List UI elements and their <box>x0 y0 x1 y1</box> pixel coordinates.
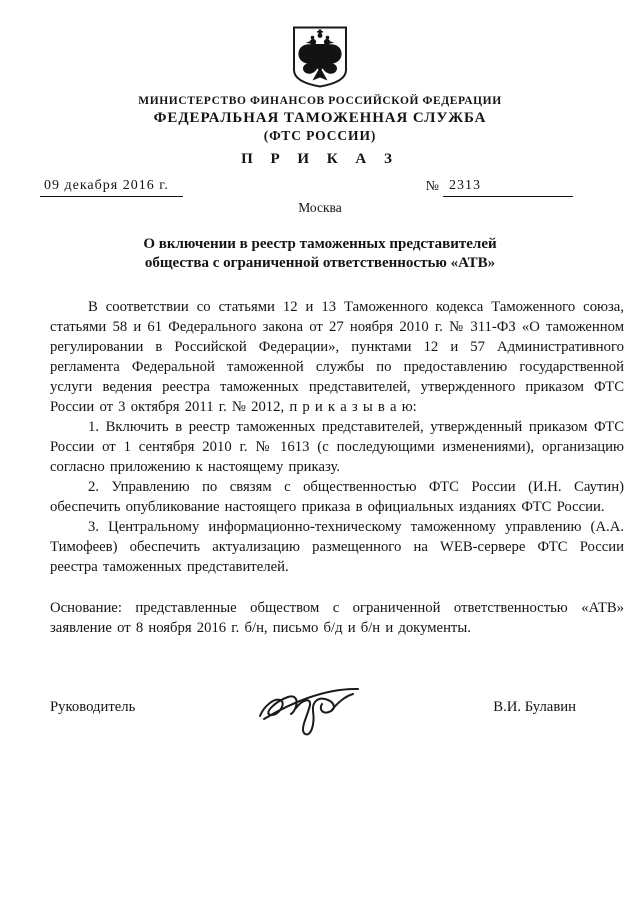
document-date: 09 декабря 2016 г. <box>40 178 183 197</box>
handwritten-signature-mark <box>254 676 374 738</box>
signer-position: Руководитель <box>50 699 135 716</box>
coat-of-arms-icon <box>291 25 349 89</box>
order-item-1: 1. Включить в реестр таможенных представ… <box>50 417 624 477</box>
document-number-block: № 2313 <box>426 178 573 197</box>
preamble-paragraph: В соответствии со статьями 12 и 13 Тамож… <box>50 297 624 417</box>
agency-short-name: (ФТС РОССИИ) <box>0 128 640 144</box>
order-title: О включении в реестр таможенных представ… <box>0 235 640 272</box>
document-header: МИНИСТЕРСТВО ФИНАНСОВ РОССИЙСКОЙ ФЕДЕРАЦ… <box>0 0 640 168</box>
order-title-line1: О включении в реестр таможенных представ… <box>0 235 640 254</box>
issuing-city: Москва <box>0 200 640 216</box>
document-page: МИНИСТЕРСТВО ФИНАНСОВ РОССИЙСКОЙ ФЕДЕРАЦ… <box>0 0 640 905</box>
signature-row: Руководитель В.И. Булавин <box>50 676 576 738</box>
signer-name: В.И. Булавин <box>493 699 576 716</box>
ministry-name: МИНИСТЕРСТВО ФИНАНСОВ РОССИЙСКОЙ ФЕДЕРАЦ… <box>0 95 640 107</box>
basis-paragraph: Основание: представленные обществом с ог… <box>50 598 624 638</box>
order-title-line2: общества с ограниченной ответственностью… <box>0 254 640 273</box>
number-sign: № <box>426 179 443 197</box>
date-number-row: 09 декабря 2016 г. № 2313 <box>40 178 573 197</box>
order-body: В соответствии со статьями 12 и 13 Тамож… <box>50 297 624 638</box>
agency-name: ФЕДЕРАЛЬНАЯ ТАМОЖЕННАЯ СЛУЖБА <box>0 110 640 127</box>
order-item-2: 2. Управлению по связям с общественность… <box>50 477 624 517</box>
order-item-3: 3. Центральному информационно-техническо… <box>50 517 624 577</box>
document-type-heading: П Р И К А З <box>0 151 640 168</box>
signature-area <box>135 676 493 738</box>
document-number: 2313 <box>443 178 573 197</box>
